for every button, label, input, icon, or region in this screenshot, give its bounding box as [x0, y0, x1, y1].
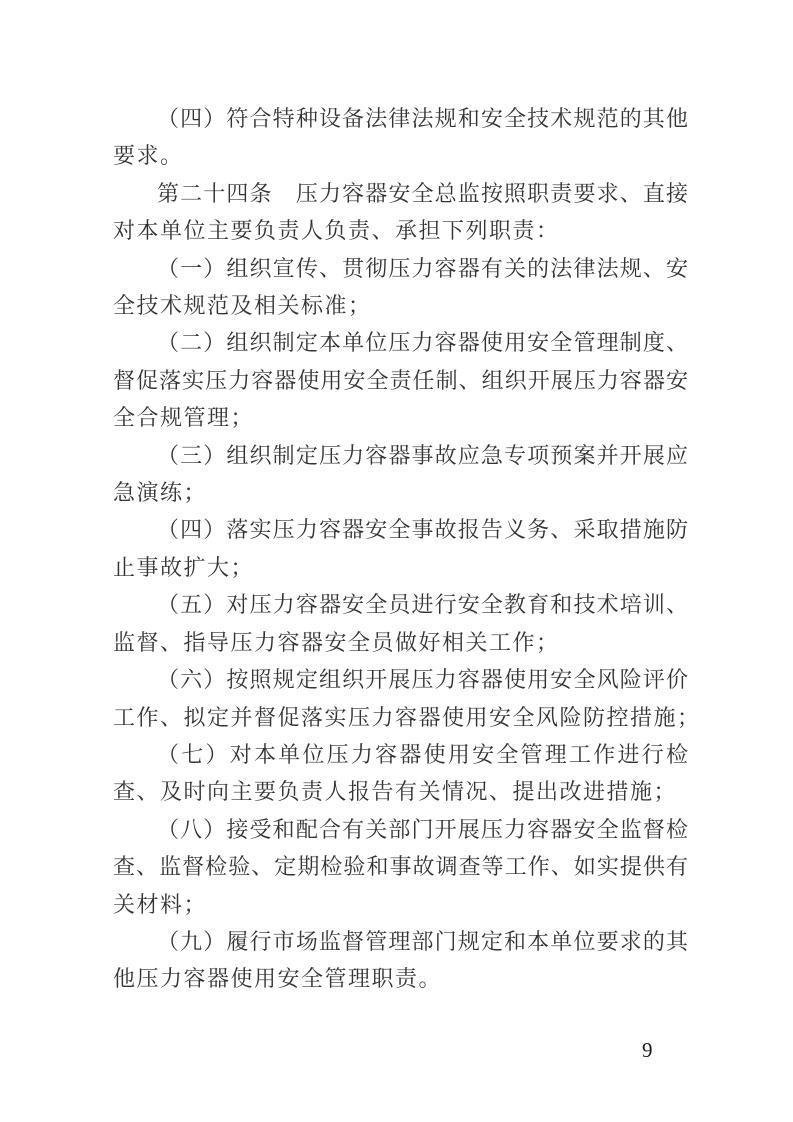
- text-line: （三）组织制定压力容器事故应急专项预案并开展应: [113, 437, 688, 474]
- document-page: （四）符合特种设备法律法规和安全技术规范的其他要求。第二十四条 压力容器安全总监…: [0, 0, 793, 1122]
- text-line: 工作、拟定并督促落实压力容器使用安全风险防控措施；: [113, 699, 688, 736]
- text-line: （四）符合特种设备法律法规和安全技术规范的其他: [113, 100, 688, 137]
- text-line: （二）组织制定本单位压力容器使用安全管理制度、: [113, 324, 688, 361]
- document-text-block: （四）符合特种设备法律法规和安全技术规范的其他要求。第二十四条 压力容器安全总监…: [113, 100, 688, 998]
- text-line: 急演练；: [113, 474, 688, 511]
- text-line: （五）对压力容器安全员进行安全教育和技术培训、: [113, 586, 688, 623]
- text-line: 查、及时向主要负责人报告有关情况、提出改进措施；: [113, 773, 688, 810]
- text-line: 全合规管理；: [113, 399, 688, 436]
- text-line: 监督、指导压力容器安全员做好相关工作；: [113, 624, 688, 661]
- text-line: 对本单位主要负责人负责、承担下列职责：: [113, 212, 688, 249]
- text-line: （九）履行市场监督管理部门规定和本单位要求的其: [113, 923, 688, 960]
- text-line: 要求。: [113, 137, 688, 174]
- text-line: 他压力容器使用安全管理职责。: [113, 960, 688, 997]
- scanned-document: { "page": { "number": "9", "background_c…: [0, 0, 793, 1122]
- text-line: 查、监督检验、定期检验和事故调查等工作、如实提供有: [113, 848, 688, 885]
- text-line: （六）按照规定组织开展压力容器使用安全风险评价: [113, 661, 688, 698]
- text-line: 全技术规范及相关标准；: [113, 287, 688, 324]
- text-line: （一）组织宣传、贯彻压力容器有关的法律法规、安: [113, 250, 688, 287]
- text-line: （四）落实压力容器安全事故报告义务、采取措施防: [113, 511, 688, 548]
- text-line: 关材料；: [113, 886, 688, 923]
- text-line: （八）接受和配合有关部门开展压力容器安全监督检: [113, 811, 688, 848]
- page-number: 9: [642, 1038, 653, 1063]
- text-line: 督促落实压力容器使用安全责任制、组织开展压力容器安: [113, 362, 688, 399]
- text-line: 第二十四条 压力容器安全总监按照职责要求、直接: [113, 175, 688, 212]
- text-line: （七）对本单位压力容器使用安全管理工作进行检: [113, 736, 688, 773]
- text-line: 止事故扩大；: [113, 549, 688, 586]
